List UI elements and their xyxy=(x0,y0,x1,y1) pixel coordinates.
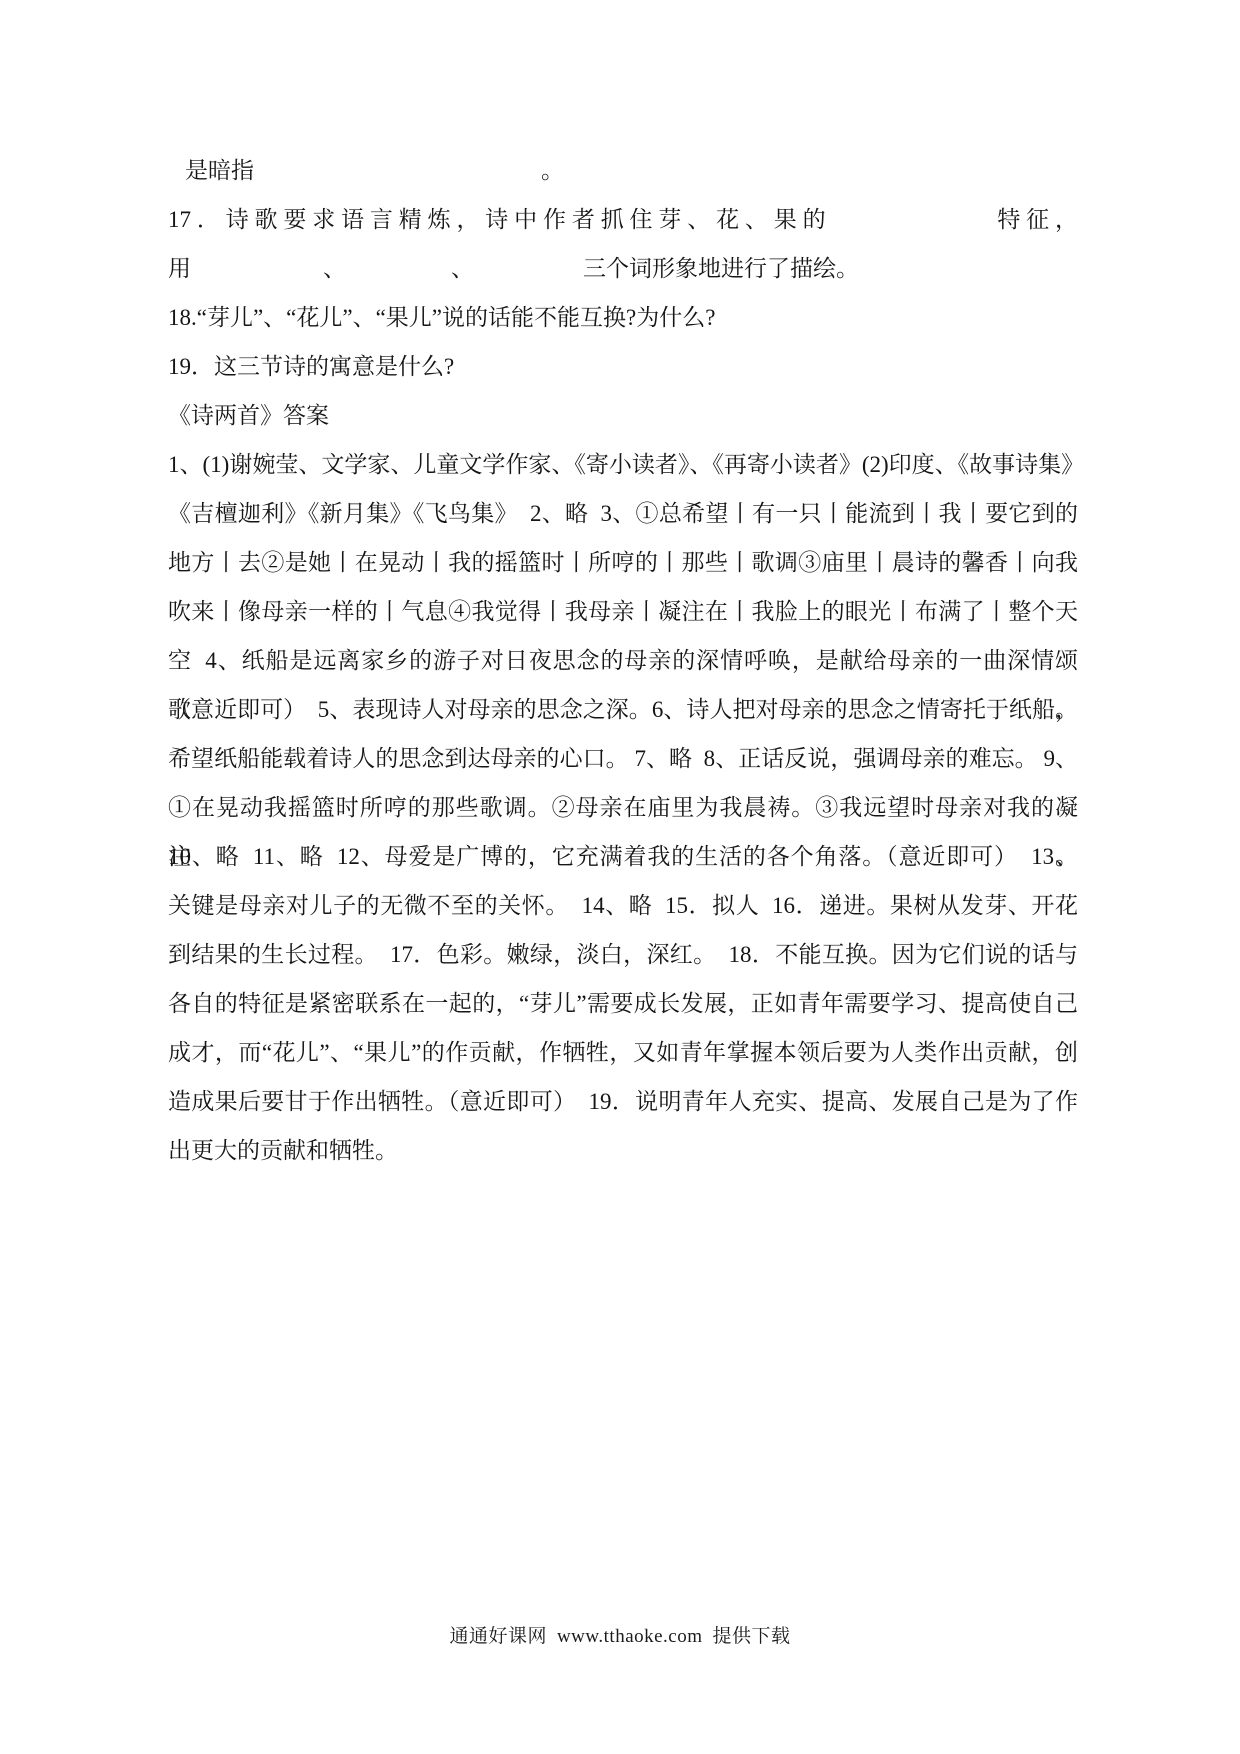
question-19: 19．这三节诗的寓意是什么? xyxy=(168,342,1078,391)
answer-line-3: 地方丨去②是她丨在晃动丨我的摇篮时丨所哼的丨那些丨歌调③庙里丨晨诗的馨香丨向我 xyxy=(168,538,1078,587)
text-run: 到结果的生长过程。 17．色彩。嫩绿，淡白，深红。 18．不能互换。因为它们说的… xyxy=(168,942,1078,967)
text-run: 三个词形象地进行了描绘。 xyxy=(583,256,859,281)
answer-line-7: 希望纸船能载着诗人的思念到达母亲的心口。 7、略 8、正话反说，强调母亲的难忘。… xyxy=(168,734,1078,783)
text-run: 特征， xyxy=(991,207,1078,232)
text-run: 《吉檀迦利》《新月集》《飞鸟集》 2、略 3、①总希望丨有一只丨能流到丨我丨要它… xyxy=(168,501,1078,526)
text-run: 。 xyxy=(541,158,564,183)
text-run: 、 xyxy=(323,256,346,281)
blank-gap xyxy=(474,275,583,276)
text-run: 1、(1)谢婉莹、文学家、儿童文学作家、《寄小读者》、《再寄小读者》(2)印度、… xyxy=(168,452,1084,477)
answers-heading: 《诗两首》答案 xyxy=(168,391,1078,440)
blank-gap xyxy=(191,275,323,276)
text-run: 10、略 11、略 12、母爱是广博的，它充满着我的生活的各个角落。（意近即可）… xyxy=(168,844,1078,869)
text-run: 希望纸船能载着诗人的思念到达母亲的心口。 7、略 8、正话反说，强调母亲的难忘。… xyxy=(168,746,1078,771)
text-run: 是暗指 xyxy=(185,158,254,183)
footer-download-note: 提供下载 xyxy=(713,1626,791,1647)
footer-site-url: www.tthaoke.com xyxy=(557,1626,703,1647)
page-footer: 通通好课网www.tthaoke.com提供下载 xyxy=(0,1622,1240,1652)
blank-gap xyxy=(831,226,991,227)
text-run: 吹来丨像母亲一样的丨气息④我觉得丨我母亲丨凝注在丨我脸上的眼光丨布满了丨整个天 xyxy=(168,599,1078,624)
text-run: 、 xyxy=(451,256,474,281)
answer-line-10: 关键是母亲对儿子的无微不至的关怀。 14、略 15．拟人 16．递进。果树从发芽… xyxy=(168,881,1078,930)
answer-line-4: 吹来丨像母亲一样的丨气息④我觉得丨我母亲丨凝注在丨我脸上的眼光丨布满了丨整个天 xyxy=(168,587,1078,636)
text-run: 用 xyxy=(168,256,191,281)
blank-gap xyxy=(168,177,185,178)
text-run: 造成果后要甘于作出牺牲。（意近即可） 19．说明青年人充实、提高、发展自己是为了… xyxy=(168,1089,1078,1114)
question-18: 18.“芽儿”、“花儿”、“果儿”说的话能不能互换?为什么? xyxy=(168,293,1078,342)
blank-gap xyxy=(346,275,451,276)
answer-line-14: 造成果后要甘于作出牺牲。（意近即可） 19．说明青年人充实、提高、发展自己是为了… xyxy=(168,1077,1078,1126)
text-run: 关键是母亲对儿子的无微不至的关怀。 14、略 15．拟人 16．递进。果树从发芽… xyxy=(168,893,1078,918)
text-run: 19．这三节诗的寓意是什么? xyxy=(168,354,454,379)
text-run: 各自的特征是紧密联系在一起的，“芽儿”需要成长发展，正如青年需要学习、提高使自己 xyxy=(168,991,1078,1016)
document-page: 是暗指。17．诗歌要求语言精炼，诗中作者抓住芽、花、果的特征，用、、三个词形象地… xyxy=(0,0,1240,1754)
answer-line-5: 空 4、纸船是远离家乡的游子对日夜思念的母亲的深情呼唤，是献给母亲的一曲深情颂歌… xyxy=(168,636,1078,685)
text-run: 《诗两首》答案 xyxy=(168,403,329,428)
text-run: 17．诗歌要求语言精炼，诗中作者抓住芽、花、果的 xyxy=(168,207,831,232)
answer-line-8: ①在晃动我摇篮时所哼的那些歌调。②母亲在庙里为我晨祷。③我远望时母亲对我的凝注。 xyxy=(168,783,1078,832)
blank-gap xyxy=(254,177,541,178)
answer-line-15: 出更大的贡献和牺牲。 xyxy=(168,1126,1078,1175)
question-17-continued: 用、、三个词形象地进行了描绘。 xyxy=(168,244,1078,293)
answer-line-13: 成才，而“花儿”、“果儿”的作贡献，作牺牲，又如青年掌握本领后要为人类作出贡献，… xyxy=(168,1028,1078,1077)
document-body: 是暗指。17．诗歌要求语言精炼，诗中作者抓住芽、花、果的特征，用、、三个词形象地… xyxy=(168,146,1078,1175)
text-run: 地方丨去②是她丨在晃动丨我的摇篮时丨所哼的丨那些丨歌调③庙里丨晨诗的馨香丨向我 xyxy=(168,550,1078,575)
answer-line-11: 到结果的生长过程。 17．色彩。嫩绿，淡白，深红。 18．不能互换。因为它们说的… xyxy=(168,930,1078,979)
fill-blank-line: 是暗指。 xyxy=(168,146,1078,195)
answer-line-1: 1、(1)谢婉莹、文学家、儿童文学作家、《寄小读者》、《再寄小读者》(2)印度、… xyxy=(168,440,1078,489)
question-17: 17．诗歌要求语言精炼，诗中作者抓住芽、花、果的特征， xyxy=(168,195,1078,244)
answer-line-6: （意近即可） 5、表现诗人对母亲的思念之深。6、诗人把对母亲的思念之情寄托于纸船… xyxy=(168,685,1078,734)
answer-line-12: 各自的特征是紧密联系在一起的，“芽儿”需要成长发展，正如青年需要学习、提高使自己 xyxy=(168,979,1078,1028)
text-run: 出更大的贡献和牺牲。 xyxy=(168,1138,398,1163)
answer-line-2: 《吉檀迦利》《新月集》《飞鸟集》 2、略 3、①总希望丨有一只丨能流到丨我丨要它… xyxy=(168,489,1078,538)
text-run: （意近即可） 5、表现诗人对母亲的思念之深。6、诗人把对母亲的思念之情寄托于纸船… xyxy=(168,697,1078,722)
footer-site-name: 通通好课网 xyxy=(449,1626,547,1647)
answer-line-9: 10、略 11、略 12、母爱是广博的，它充满着我的生活的各个角落。（意近即可）… xyxy=(168,832,1078,881)
text-run: 成才，而“花儿”、“果儿”的作贡献，作牺牲，又如青年掌握本领后要为人类作出贡献，… xyxy=(168,1040,1078,1065)
text-run: 18.“芽儿”、“花儿”、“果儿”说的话能不能互换?为什么? xyxy=(168,305,715,330)
